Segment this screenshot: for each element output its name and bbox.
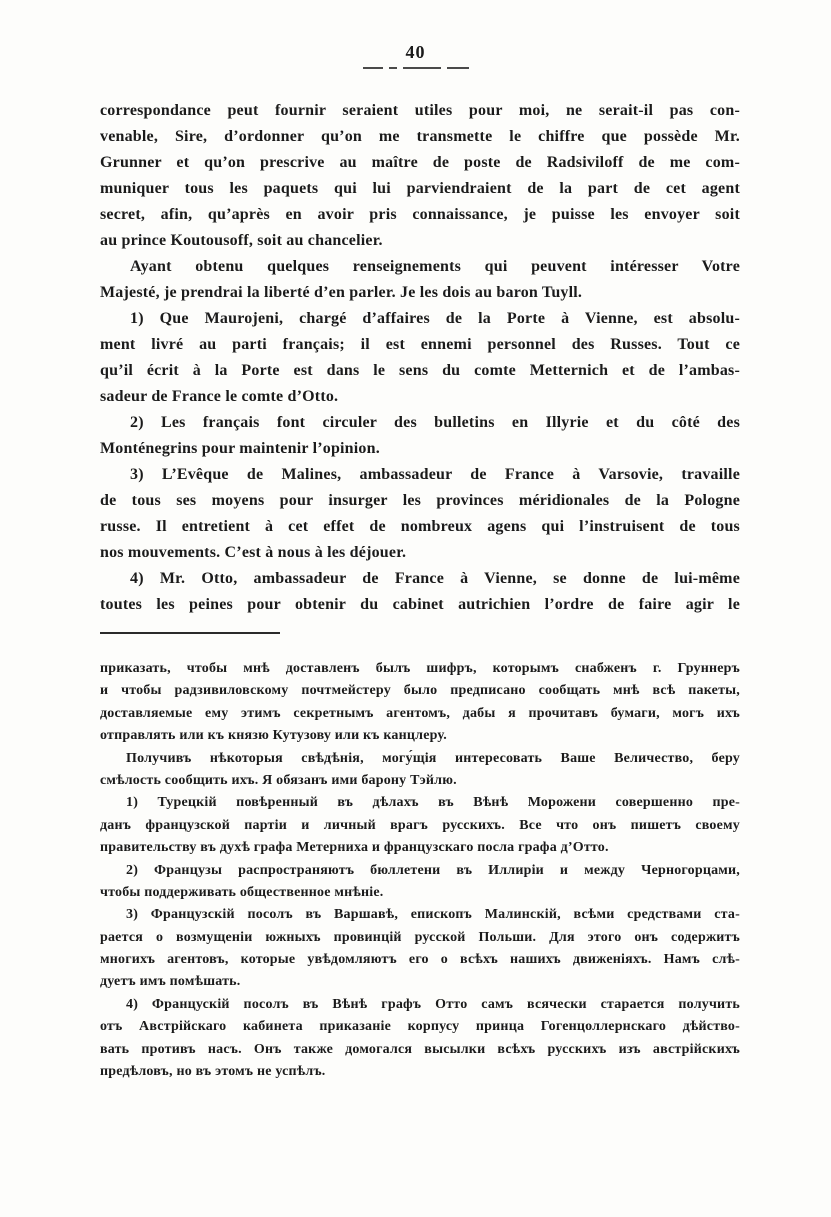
text-line: дуетъ имъ помѣшать.	[100, 971, 740, 993]
text-line: отправлять или къ князю Кутузову или къ …	[100, 725, 740, 747]
ornament-rule	[356, 66, 476, 70]
text-line: 3) Французскій посолъ въ Варшавѣ, еписко…	[100, 904, 740, 926]
ornament-dash	[403, 67, 441, 70]
text-line: рается о возмущеніи южныхъ провинцій рус…	[100, 927, 740, 949]
text-line: смѣлость сообщить ихъ. Я обязанъ ими бар…	[100, 770, 740, 792]
text-line: au prince Koutousoff, soit au chancelier…	[100, 228, 740, 254]
text-line: venable, Sire, d’ordonner qu’on me trans…	[100, 124, 740, 150]
footnote-separator	[100, 632, 280, 634]
text-line: предѣловъ, но въ этомъ не успѣлъ.	[100, 1061, 740, 1083]
text-line: многихъ агентовъ, которые увѣдомляютъ ег…	[100, 949, 740, 971]
text-line: доставляемые ему этимъ секретнымъ агенто…	[100, 703, 740, 725]
text-line: вать противъ насъ. Онъ также домогался в…	[100, 1039, 740, 1061]
ornament-dash	[389, 67, 397, 70]
text-line: muniquer tous les paquets qui lui parvie…	[100, 176, 740, 202]
text-line: secret, afin, qu’après en avoir pris con…	[100, 202, 740, 228]
text-line: 4) Францускій посолъ въ Вѣнѣ графъ Отто …	[100, 994, 740, 1016]
text-line: ment livré au parti français; il est enn…	[100, 332, 740, 358]
page-number: 40	[0, 42, 831, 62]
text-line: 3) L’Evêque de Malines, ambassadeur de F…	[100, 462, 740, 488]
text-line: 1) Турецкій повѣренный въ дѣлахъ въ Вѣнѣ…	[100, 792, 740, 814]
text-line: russe. Il entretient à cet effet de nomb…	[100, 514, 740, 540]
text-line: 1) Que Maurojeni, chargé d’affaires de l…	[100, 306, 740, 332]
text-line: приказать, чтобы мнѣ доставленъ былъ шиф…	[100, 658, 740, 680]
text-line: и чтобы радзивиловскому почтмейстеру был…	[100, 680, 740, 702]
text-line: nos mouvements. C’est à nous à les déjou…	[100, 540, 740, 566]
text-line: 4) Mr. Otto, ambassadeur de France à Vie…	[100, 566, 740, 592]
text-line: отъ Австрійскаго кабинета приказаніе кор…	[100, 1016, 740, 1038]
footnote-russian: приказать, чтобы мнѣ доставленъ былъ шиф…	[100, 658, 740, 1083]
book-page: 40 correspondance peut fournir seraient …	[0, 0, 831, 1217]
text-line: правительству въ духѣ графа Метерниха и …	[100, 837, 740, 859]
text-line: чтобы поддерживать общественное мнѣніе.	[100, 882, 740, 904]
text-line: Получивъ нѣкоторыя свѣдѣнія, могу́щія ин…	[100, 748, 740, 770]
text-line: Grunner et qu’on prescrive au maître de …	[100, 150, 740, 176]
text-line: sadeur de France le comte d’Otto.	[100, 384, 740, 410]
text-line: Ayant obtenu quelques renseignements qui…	[100, 254, 740, 280]
text-line: Majesté, je prendrai la liberté d’en par…	[100, 280, 740, 306]
text-line: 2) Французы распространяютъ бюллетени въ…	[100, 860, 740, 882]
text-line: correspondance peut fournir seraient uti…	[100, 98, 740, 124]
ornament-dash	[363, 67, 383, 70]
main-text-french: correspondance peut fournir seraient uti…	[100, 98, 740, 618]
text-line: toutes les peines pour obtenir du cabine…	[100, 592, 740, 618]
text-line: Monténegrins pour maintenir l’opinion.	[100, 436, 740, 462]
text-line: qu’il écrit à la Porte est dans le sens …	[100, 358, 740, 384]
text-line: данъ французской партіи и личный врагъ р…	[100, 815, 740, 837]
page-header: 40	[0, 0, 831, 70]
text-line: de tous ses moyens pour insurger les pro…	[100, 488, 740, 514]
ornament-dash	[447, 67, 469, 70]
text-line: 2) Les français font circuler des bullet…	[100, 410, 740, 436]
